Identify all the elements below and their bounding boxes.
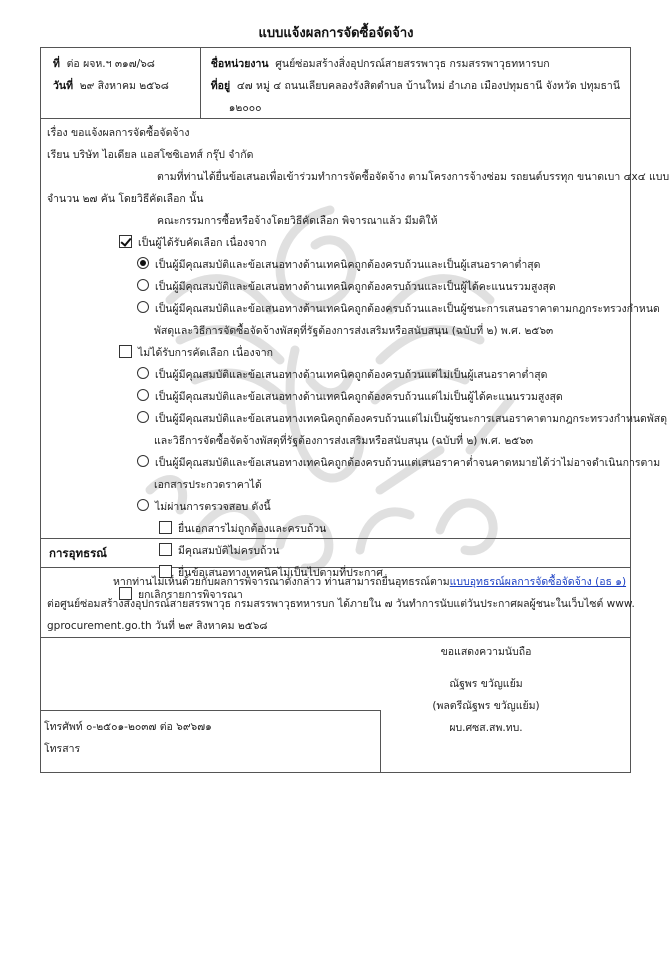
date-label: วันที่ [53,80,73,92]
appeal-text-2: ต่อศูนย์ซ่อมสร้างสิ่งอุปกรณ์สายสรรพาวุธ … [47,594,624,616]
agency-cell: ชื่อหน่วยงาน ศูนย์ซ่อมสร้างสิ่งอุปกรณ์สา… [201,48,630,118]
closing: ขอแสดงความนับถือ [361,642,611,664]
not-selected-reason-1[interactable]: เป็นผู้มีคุณสมบัติและข้อเสนอทางด้านเทคนิ… [47,365,624,387]
recipient-line: เรียน บริษัท ไอเดียล แอสโซซิเอทส์ กรุ๊ป … [47,145,624,167]
sub-checkbox-3[interactable] [159,565,172,578]
appeal-form-link[interactable]: แบบอุทธรณ์ผลการจัดซื้อจัดจ้าง (อธ ๑) [450,576,626,588]
not-selected-reason-4-cont: เอกสารประกวดราคาได้ [47,475,624,497]
ref-label: ที่ [53,58,60,70]
not-selected-option[interactable]: ไม่ได้รับการคัดเลือก เนื่องจาก [47,343,624,365]
notice-form: ที่ ต่อ ผจห.ฯ ๓๑๗/๖๘ วันที่ ๒๙ สิงหาคม ๒… [40,47,631,773]
sub-checkbox-1[interactable] [159,521,172,534]
appeal-text-3: gprocurement.go.th วันที่ ๒๙ สิงหาคม ๒๕๖… [47,616,624,638]
signature-section: ขอแสดงความนับถือ ณัฐพร ขวัญแย้ม (พลตรีณั… [41,638,630,772]
document-title: แบบแจ้งผลการจัดซื้อจัดจ้าง [0,22,672,43]
selected-reason-2[interactable]: เป็นผู้มีคุณสมบัติและข้อเสนอทางด้านเทคนิ… [47,277,624,299]
not-selected-reason-3-text: เป็นผู้มีคุณสมบัติและข้อเสนอทางเทคนิคถูก… [155,413,667,425]
intro-paragraph-line-1: ตามที่ท่านได้ยื่นข้อเสนอเพื่อเข้าร่วมทำก… [47,167,624,189]
sub-check-2-text: มีคุณสมบัติไม่ครบถ้วน [178,545,279,557]
fax: โทรสาร [44,739,376,761]
address-line-2: ๑๒๐๐๐ [229,102,262,114]
not-selected-reason-1-text: เป็นผู้มีคุณสมบัติและข้อเสนอทางด้านเทคนิ… [155,369,547,381]
not-selected-reason-4[interactable]: เป็นผู้มีคุณสมบัติและข้อเสนอทางเทคนิคถูก… [47,453,624,475]
radio-not-selected-reason-5[interactable] [137,499,149,511]
sub-check-1-text: ยื่นเอกสารไม่ถูกต้องและครบถ้วน [178,523,326,535]
signature-block: ขอแสดงความนับถือ ณัฐพร ขวัญแย้ม (พลตรีณั… [361,642,611,740]
not-selected-reason-2[interactable]: เป็นผู้มีคุณสมบัติและข้อเสนอทางด้านเทคนิ… [47,387,624,409]
subject-line: เรื่อง ขอแจ้งผลการจัดซื้อจัดจ้าง [47,123,624,145]
radio-not-selected-reason-4[interactable] [137,455,149,467]
selected-reason-2-text: เป็นผู้มีคุณสมบัติและข้อเสนอทางด้านเทคนิ… [155,281,556,293]
selected-reason-1[interactable]: เป็นผู้มีคุณสมบัติและข้อเสนอทางด้านเทคนิ… [47,255,624,277]
not-selected-reason-5-text: ไม่ผ่านการตรวจสอบ ดังนี้ [155,501,271,513]
cancel-checkbox[interactable] [119,587,132,600]
selected-reason-3-cont: พัสดุและวิธีการจัดซื้อจัดจ้างพัสดุที่รัฐ… [47,321,624,343]
not-selected-reason-5[interactable]: ไม่ผ่านการตรวจสอบ ดังนี้ [47,497,624,519]
phone: โทรศัพท์ ๐-๒๕๐๑-๒๐๓๗ ต่อ ๖๙๖๗๑ [44,717,376,739]
radio-not-selected-reason-3[interactable] [137,411,149,423]
selected-reason-3-text: เป็นผู้มีคุณสมบัติและข้อเสนอทางด้านเทคนิ… [155,303,660,315]
sub-checkbox-2[interactable] [159,543,172,556]
not-selected-reason-2-text: เป็นผู้มีคุณสมบัติและข้อเสนอทางด้านเทคนิ… [155,391,563,403]
radio-not-selected-reason-1[interactable] [137,367,149,379]
radio-selected-reason-2[interactable] [137,279,149,291]
sub-check-1[interactable]: ยื่นเอกสารไม่ถูกต้องและครบถ้วน [47,519,624,541]
ref-value: ต่อ ผจห.ฯ ๓๑๗/๖๘ [67,58,155,70]
radio-selected-reason-3[interactable] [137,301,149,313]
notice-body: เรื่อง ขอแจ้งผลการจัดซื้อจัดจ้าง เรียน บ… [41,119,630,539]
not-selected-reason-3-cont: และวิธีการจัดซื้อจัดจ้างพัสดุที่รัฐต้องก… [47,431,624,453]
reference-cell: ที่ ต่อ ผจห.ฯ ๓๑๗/๖๘ วันที่ ๒๙ สิงหาคม ๒… [41,48,201,118]
radio-selected-reason-1[interactable] [137,257,149,269]
signer-position: ผบ.ศซส.สพ.ทบ. [361,718,611,740]
agency-label: ชื่อหน่วยงาน [211,58,269,70]
selected-reason-3[interactable]: เป็นผู้มีคุณสมบัติและข้อเสนอทางด้านเทคนิ… [47,299,624,321]
intro-paragraph-line-2: จำนวน ๒๗ คัน โดยวิธีคัดเลือก นั้น [47,189,624,211]
agency-value: ศูนย์ซ่อมสร้างสิ่งอุปกรณ์สายสรรพาวุธ กรม… [275,58,549,70]
header-row: ที่ ต่อ ผจห.ฯ ๓๑๗/๖๘ วันที่ ๒๙ สิงหาคม ๒… [41,48,630,119]
not-selected-reason-4-text: เป็นผู้มีคุณสมบัติและข้อเสนอทางเทคนิคถูก… [155,457,660,469]
address-line-1: ๔๗ หมู่ ๔ ถนนเลียบคลองรังสิตตำบล บ้านใหม… [237,80,620,92]
selected-option[interactable]: เป็นผู้ได้รับคัดเลือก เนื่องจาก [47,233,624,255]
appeal-section: หากท่านไม่เห็นด้วยกับผลการพิจารณาดังกล่า… [41,568,630,638]
selected-label: เป็นผู้ได้รับคัดเลือก เนื่องจาก [138,237,266,249]
signer-full-name: (พลตรีณัฐพร ขวัญแย้ม) [361,696,611,718]
not-selected-reason-3[interactable]: เป็นผู้มีคุณสมบัติและข้อเสนอทางเทคนิคถูก… [47,409,624,431]
signer-name: ณัฐพร ขวัญแย้ม [361,674,611,696]
committee-resolution: คณะกรรมการซื้อหรือจ้างโดยวิธีคัดเลือก พิ… [47,211,624,233]
not-selected-checkbox[interactable] [119,345,132,358]
address-label: ที่อยู่ [211,80,230,92]
contact-box: โทรศัพท์ ๐-๒๕๐๑-๒๐๓๗ ต่อ ๖๙๖๗๑ โทรสาร [40,710,381,772]
selected-checkbox[interactable] [119,235,132,248]
radio-not-selected-reason-2[interactable] [137,389,149,401]
date-value: ๒๙ สิงหาคม ๒๕๖๘ [80,80,169,92]
selected-reason-1-text: เป็นผู้มีคุณสมบัติและข้อเสนอทางด้านเทคนิ… [155,259,541,271]
not-selected-label: ไม่ได้รับการคัดเลือก เนื่องจาก [138,347,273,359]
